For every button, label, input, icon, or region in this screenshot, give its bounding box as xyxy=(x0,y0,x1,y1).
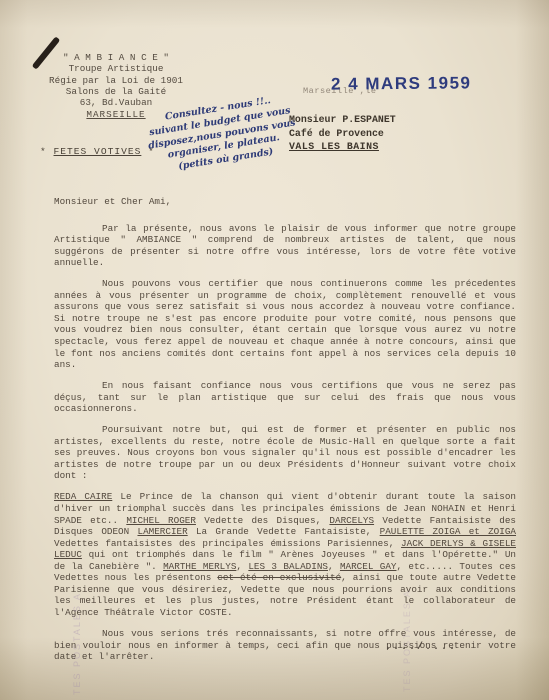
fetes-votives-tagline: * FETES VOTIVES * xyxy=(40,146,155,157)
recipient-line-cafe: Café de Provence xyxy=(289,127,396,141)
recipient-city: VALS LES BAINS xyxy=(289,140,396,154)
continuation-mark: ..../.... xyxy=(385,642,457,653)
paragraph-confiance: En nous faisant confiance nous vous cert… xyxy=(54,380,516,415)
letter-body: Monsieur et Cher Ami, Par la présente, n… xyxy=(54,196,516,672)
sender-line-troupe: Troupe Artistique xyxy=(48,63,184,74)
paragraph-artists: REDA CAIRE Le Prince de la chanson qui v… xyxy=(54,491,516,618)
paragraph-certify: Nous pouvons vous certifier que nous con… xyxy=(54,278,516,370)
paragraph-intro: Par la présente, nous avons le plaisir d… xyxy=(54,223,516,269)
recipient-address-block: Monsieur P.ESPANET Café de Provence VALS… xyxy=(289,113,396,154)
sender-line-street: 63, Bd.Vauban xyxy=(48,97,184,108)
sender-line-salons: Salons de la Gaité xyxy=(48,86,184,97)
salutation: Monsieur et Cher Ami, xyxy=(54,196,516,208)
sender-address-block: " A M B I A N C E " Troupe Artistique Ré… xyxy=(48,52,184,121)
paragraph-but: Poursuivant notre but, qui est de former… xyxy=(54,424,516,482)
sender-name: " A M B I A N C E " xyxy=(48,52,184,63)
watermark-right: TES POSTALES A xyxy=(402,552,412,692)
sender-line-regie: Régie par la Loi de 1901 xyxy=(48,75,184,86)
recipient-name: Monsieur P.ESPANET xyxy=(289,113,396,127)
watermark-left: TES POSTALES A xyxy=(72,575,82,695)
date-stamp: 2 4 MARS 1959 xyxy=(331,73,472,94)
